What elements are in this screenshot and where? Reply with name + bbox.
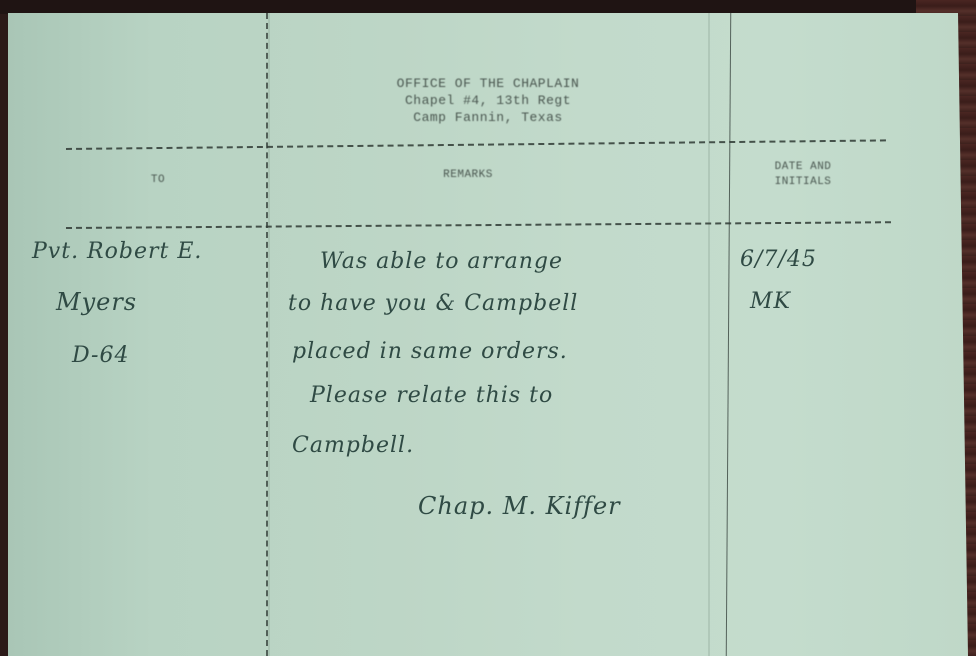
rule-under-headers <box>66 221 891 229</box>
initials-written: MK <box>750 281 791 323</box>
memo-paper: OFFICE OF THE CHAPLAIN Chapel #4, 13th R… <box>8 13 972 656</box>
column-header-to: TO <box>108 173 208 188</box>
remark-line-1: Was able to arrange <box>320 241 563 283</box>
divider-remarks-date <box>726 13 731 656</box>
column-header-remarks: REMARKS <box>398 168 538 183</box>
letterhead-camp: Camp Fannin, Texas <box>328 109 648 126</box>
remark-line-3: placed in same orders. <box>292 331 568 373</box>
remark-line-4: Please relate this to <box>310 375 553 417</box>
rule-top <box>66 139 886 150</box>
recipient-unit: D-64 <box>72 335 129 377</box>
remark-line-5: Campbell. <box>292 425 414 467</box>
divider-to-remarks <box>266 13 268 656</box>
recipient-surname: Myers <box>56 281 137 323</box>
background-top <box>0 0 976 14</box>
remark-line-2: to have you & Campbell <box>288 283 578 325</box>
fold-crease-left <box>268 13 270 656</box>
letterhead-office: OFFICE OF THE CHAPLAIN <box>328 75 648 92</box>
recipient-rank-name: Pvt. Robert E. <box>32 231 202 273</box>
chaplain-signature: Chap. M. Kiffer <box>418 485 621 527</box>
column-header-date-initials: DATE AND INITIALS <box>753 160 853 190</box>
letterhead: OFFICE OF THE CHAPLAIN Chapel #4, 13th R… <box>328 75 648 126</box>
letterhead-chapel: Chapel #4, 13th Regt <box>328 92 648 109</box>
date-written: 6/7/45 <box>740 239 817 281</box>
fold-crease-right <box>708 13 710 656</box>
